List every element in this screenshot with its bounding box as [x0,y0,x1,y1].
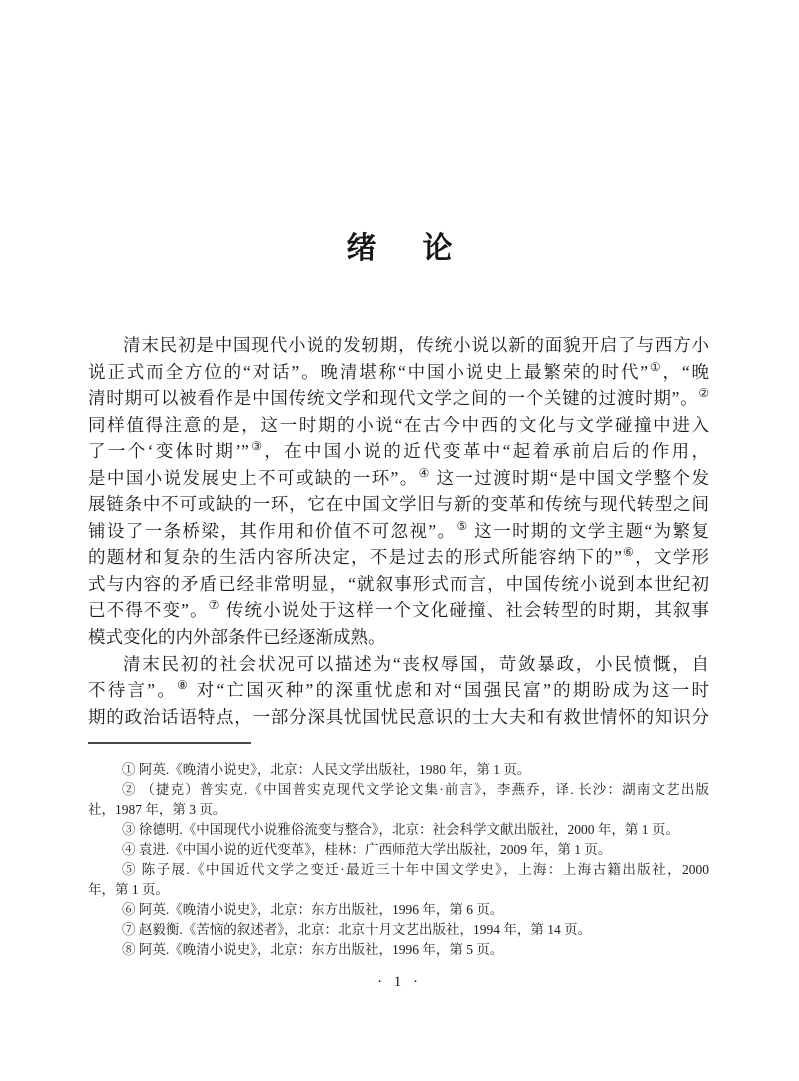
footnote-line: 年，第 1 页。 [88,880,709,900]
body-line: 清末民初是中国现代小说的发轫期，传统小说以新的面貌开启了与西方小 [88,332,709,359]
book-page: 绪 论 清末民初是中国现代小说的发轫期，传统小说以新的面貌开启了与西方小 说正式… [0,0,799,1081]
body-line: 同样值得注意的是，这一时期的小说“在古今中西的文化与文学碰撞中进入 [88,412,709,439]
body-line: 已不得不变”。⑦ 传统小说处于这样一个文化碰撞、社会转型的时期，其叙事 [88,597,709,624]
footnote-line: ⑦ 赵毅衡.《苦恼的叙述者》，北京：北京十月文艺出版社，1994 年，第 14 … [88,920,709,940]
footnote-line: ⑤ 陈子展.《中国近代文学之变迁·最近三十年中国文学史》，上海：上海古籍出版社，… [88,860,709,880]
paragraph-2: 清末民初的社会状况可以描述为“丧权辱国，苛敛暴政，小民愤慨，自 不待言”。⑧ 对… [88,651,709,731]
paragraph-1: 清末民初是中国现代小说的发轫期，传统小说以新的面貌开启了与西方小 说正式而全方位… [88,332,709,651]
footnotes-section: ① 阿英.《晚清小说史》，北京：人民文学出版社，1980 年，第 1 页。 ② … [88,760,709,960]
footnote-line: ③ 徐德明.《中国现代小说雅俗流变与整合》，北京：社会科学文献出版社，2000 … [88,820,709,840]
body-line: 说正式而全方位的“对话”。晚清堪称“中国小说史上最繁荣的时代”①，“晚 [88,359,709,386]
chapter-title: 绪 论 [0,231,799,267]
footnote-line: ⑥ 阿英.《晚清小说史》，北京：东方出版社，1996 年，第 6 页。 [88,900,709,920]
body-line: 展链条中不可或缺的一环，它在中国文学旧与新的变革和传统与现代转型之间 [88,491,709,518]
body-line: 铺设了一条桥梁，其作用和价值不可忽视”。⑤ 这一时期的文学主题“为繁复 [88,518,709,545]
footnote-divider [88,742,251,744]
body-line: 式与内容的矛盾已经非常明显，“就叙事形式而言，中国传统小说到本世纪初 [88,571,709,598]
body-line: 期的政治话语特点，一部分深具忧国忧民意识的士大夫和有救世情怀的知识分 [88,704,709,731]
body-line: 的题材和复杂的生活内容所决定，不是过去的形式所能容纳下的”⑥，文学形 [88,544,709,571]
page-number: · 1 · [0,974,799,991]
body-text: 清末民初是中国现代小说的发轫期，传统小说以新的面貌开启了与西方小 说正式而全方位… [88,332,709,730]
footnote-line: ② （捷克）普实克.《中国普实克现代文学论文集·前言》，李燕乔，译. 长沙：湖南… [88,780,709,800]
body-line: 是中国小说发展史上不可或缺的一环”。④ 这一过渡时期“是中国文学整个发 [88,465,709,492]
body-line: 清时期可以被看作是中国传统文学和现代文学之间的一个关键的过渡时期”。② [88,385,709,412]
footnote-line: 社，1987 年，第 3 页。 [88,800,709,820]
footnote-line: ⑧ 阿英.《晚清小说史》，北京：东方出版社，1996 年，第 5 页。 [88,940,709,960]
footnote-line: ① 阿英.《晚清小说史》，北京：人民文学出版社，1980 年，第 1 页。 [88,760,709,780]
body-line: 模式变化的内外部条件已经逐渐成熟。 [88,624,709,651]
body-line: 了一个‘变体时期’”③，在中国小说的近代变革中“起着承前启后的作用， [88,438,709,465]
body-line: 不待言”。⑧ 对“亡国灭种”的深重忧虑和对“国强民富”的期盼成为这一时 [88,677,709,704]
footnote-line: ④ 袁进.《中国小说的近代变革》，桂林：广西师范大学出版社，2009 年，第 1… [88,840,709,860]
body-line: 清末民初的社会状况可以描述为“丧权辱国，苛敛暴政，小民愤慨，自 [88,651,709,678]
